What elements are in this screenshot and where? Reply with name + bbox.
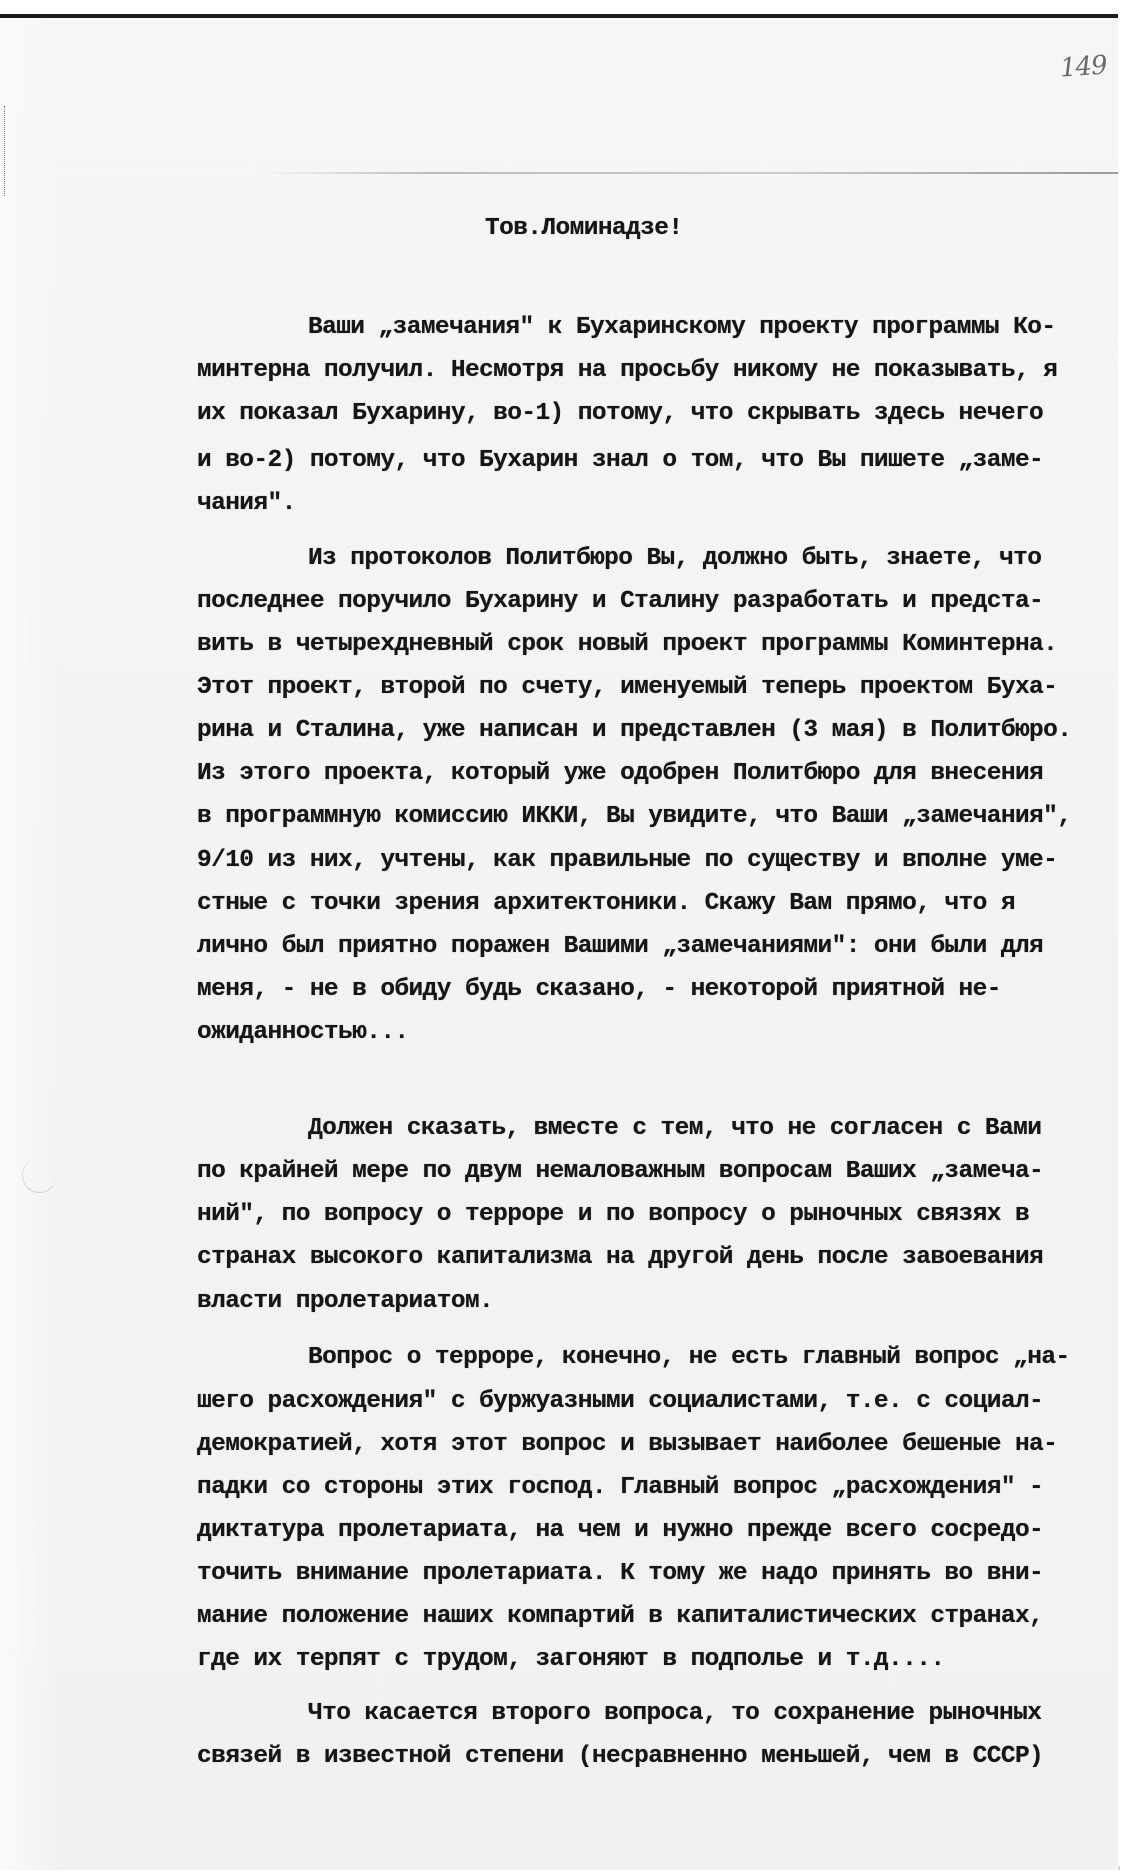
text-line: Этот проект, второй по счету, именуемый … xyxy=(197,674,1057,701)
text-line: рина и Сталина, уже написан и представле… xyxy=(197,717,1071,744)
text-line: связей в известной степени (несравненно … xyxy=(197,1743,1043,1770)
punch-hole xyxy=(22,1158,57,1193)
paragraph-first-line: Должен сказать, вместе с тем, что не сог… xyxy=(308,1115,1041,1142)
paragraph-first-line: Ваши „замечания" к Бухаринскому проекту … xyxy=(308,314,1055,341)
text-line: по крайней мере по двум немаловажным воп… xyxy=(197,1158,1043,1185)
text-line: диктатура пролетариата, на чем и нужно п… xyxy=(197,1517,1043,1544)
text-line: чания". xyxy=(197,490,296,517)
text-line: Из этого проекта, который уже одобрен По… xyxy=(197,760,1043,787)
scan-artifact-line xyxy=(260,172,1120,174)
text-line: мание положение наших компартий в капита… xyxy=(197,1603,1043,1630)
paragraph-first-line: Из протоколов Политбюро Вы, должно быть,… xyxy=(308,545,1041,572)
text-line: шего расхождения" с буржуазными социалис… xyxy=(197,1388,1043,1415)
text-line: ожиданностью... xyxy=(197,1019,409,1046)
text-line: последнее поручило Бухарину и Сталину ра… xyxy=(197,588,1043,615)
text-line: ний", по вопросу о терроре и по вопросу … xyxy=(197,1201,1029,1228)
text-line: стные с точки зрения архитектоники. Скаж… xyxy=(197,890,1015,917)
scan-margin xyxy=(1118,14,1146,1866)
text-line: падки со стороны этих господ. Главный во… xyxy=(197,1474,1043,1501)
text-line: меня, - не в обиду будь сказано, - некот… xyxy=(197,976,1001,1003)
binding-marks xyxy=(4,106,8,196)
text-line: 9/10 из них, учтены, как правильные по с… xyxy=(197,847,1057,874)
paragraph-first-line: Что касается второго вопроса, то сохране… xyxy=(308,1700,1041,1727)
text-line: странах высокого капитализма на другой д… xyxy=(197,1244,1043,1271)
paragraph-first-line: Вопрос о терроре, конечно, не есть главн… xyxy=(308,1344,1070,1371)
salutation: Тов.Ломинадзе! xyxy=(485,215,682,242)
folio-number: 149 xyxy=(1059,50,1108,83)
text-line: власти пролетариатом. xyxy=(197,1288,493,1315)
text-line: в программную комиссию ИККИ, Вы увидите,… xyxy=(197,803,1071,830)
text-line: лично был приятно поражен Вашими „замеча… xyxy=(197,933,1043,960)
text-line: их показал Бухарину, во-1) потому, что с… xyxy=(197,400,1043,427)
text-line: демократией, хотя этот вопрос и вызывает… xyxy=(197,1431,1057,1458)
text-line: где их терпят с трудом, загоняют в подпо… xyxy=(197,1646,944,1673)
text-line: минтерна получил. Несмотря на просьбу ни… xyxy=(197,357,1057,384)
text-line: точить внимание пролетариата. К тому же … xyxy=(197,1560,1043,1587)
text-line: вить в четырехдневный срок новый проект … xyxy=(197,631,1057,658)
text-line: и во-2) потому, что Бухарин знал о том, … xyxy=(197,447,1043,474)
